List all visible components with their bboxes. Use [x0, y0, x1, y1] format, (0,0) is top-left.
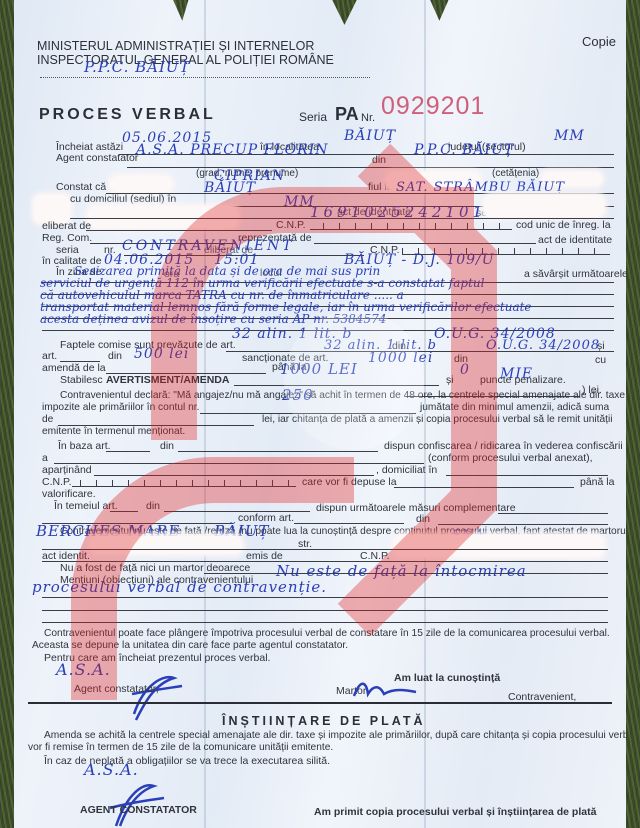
domiciled-label: , domiciliat în [376, 464, 437, 476]
payment-text-1: Amenda se achită la centrele special ame… [44, 730, 636, 741]
issued-by-label: eliberat de [42, 220, 91, 232]
description-line-5: acesta deținea avizul de însoțire cu ser… [40, 312, 386, 326]
a-label: a [42, 452, 48, 464]
committed-label: a săvârșit următoarele: [524, 268, 631, 280]
series-value: PA [335, 104, 359, 125]
declaration-text-3b: lei, iar chitanța de plată a amenzii și … [262, 414, 613, 425]
complementary-din2: din [416, 513, 430, 525]
declaration-text-2b: jumătate din minimul amenzii, adică suma [420, 402, 609, 413]
redacted-street [88, 206, 238, 228]
number-label: Nr. [361, 112, 375, 124]
points-value: 0 [460, 362, 470, 378]
unit-handwritten: P.P.C. BĂIUȚ [84, 58, 191, 76]
annex-label: (conform procesului verbal anexat), [428, 452, 593, 464]
redacted-id-nr [484, 195, 604, 217]
no-witness-line [204, 573, 608, 574]
citizenship-hint: (cetățenia) [492, 168, 539, 179]
conform-line [294, 523, 404, 524]
copy-label: Copie [582, 34, 616, 49]
declaration-text-4: emitente în termenul menționat. [42, 426, 185, 437]
agent-label: Agent constatator, [74, 683, 159, 695]
confiscation-cnp-label: C.N.P. [42, 476, 72, 488]
agent-initials: A.S.A. [56, 660, 111, 679]
establish-line [234, 385, 439, 386]
objections-line [42, 610, 608, 611]
ground-line [110, 511, 138, 512]
with-label: cu [595, 354, 606, 366]
complaint-text-2: Aceasta se depune la unitatea din care f… [32, 640, 348, 651]
agent-label: Agent constatator [56, 152, 138, 164]
redacted-witness-address [90, 536, 242, 554]
ministry-name: MINISTERUL ADMINISTRAȚIEI ȘI INTERNELOR [37, 39, 314, 53]
establish-words: MIE [500, 366, 533, 382]
declaration-text-2a: impozite ale primăriilor în contul nr. [42, 402, 199, 413]
redacted-surname [110, 176, 172, 192]
confiscation-cnp-boxes [72, 476, 296, 487]
proces-verbal-document: MINISTERUL ADMINISTRAȚIEI ȘI INTERNELOR … [14, 0, 626, 828]
objections-value-2: procesului verbal de contravenție. [32, 578, 327, 596]
domicile-label: cu domiciliul (sediul) în [70, 193, 176, 205]
county-value: MM [554, 128, 585, 144]
objections-line [42, 622, 608, 623]
and-label: și [597, 340, 605, 352]
payment-notice-title: ÎNȘTIINȚARE DE PLATĂ [222, 714, 426, 728]
declaration-text-1: Contravenientul declară: "Mă angajez/nu … [60, 390, 635, 401]
payment-text-2: vor fi remise în termen de 15 zile de la… [28, 742, 333, 753]
complementary-din: din [146, 500, 160, 512]
witness-signature [350, 676, 420, 704]
complementary-din2-line [438, 524, 608, 525]
domicile-value: BĂIUȚ [204, 180, 256, 196]
belonging-label: aparținând [42, 464, 92, 476]
payment-agent-label: AGENT CONSTATATOR [80, 804, 197, 816]
half-amount: 250 [282, 386, 314, 404]
locality-value: BĂIUȚ [344, 128, 396, 144]
complaint-text-1: Contravenientul poate face plângere împo… [44, 628, 610, 639]
sanctioned-law: O.U.G. 34/2008 [486, 338, 600, 353]
declaration-text-3a: de [42, 414, 53, 425]
section-divider [28, 702, 612, 704]
reg-code-label: cod unic de înreg. la [516, 219, 611, 231]
cnp-label: C.N.P. [276, 219, 306, 231]
measures-line [498, 513, 608, 514]
establish-value: 1000 LEI [280, 360, 358, 378]
witness-line [42, 549, 608, 550]
found-label: Constat că [56, 181, 106, 193]
issued-by-line [86, 230, 272, 231]
art-label: art. [42, 350, 57, 362]
fine-to-value: 1000 lei [368, 350, 433, 366]
establish-label: Stabilesc [60, 374, 103, 386]
fine-from-label: amendă de la [42, 362, 106, 374]
unit-dotted-line [40, 77, 370, 78]
fine-from-value: 500 lei [134, 346, 189, 362]
din-label: din [108, 350, 122, 362]
objections-line [42, 597, 608, 598]
cnp-boxes [310, 219, 512, 230]
confiscation-din-line [178, 451, 378, 452]
payment-agent-signature [96, 770, 166, 828]
agent-value: A.S.A. PRECUP FLORIN [136, 142, 328, 158]
deposited-label: care vor fi depuse la [302, 476, 397, 488]
village-value: SAT. STRÂMBU BĂIUȚ [396, 180, 565, 195]
series-label: Seria [299, 110, 327, 124]
document-title: PROCES VERBAL [39, 106, 216, 124]
confiscation-din: din [160, 440, 174, 452]
valorize-label: valorificare. [42, 488, 96, 500]
ground-label: În temeiul art. [54, 500, 118, 512]
serial-number: 0929201 [381, 92, 485, 121]
deposited-line [394, 487, 574, 488]
agent-from-value: P.P.C. BĂIUȚ [414, 142, 514, 158]
order-label: dispun confiscarea / ridicarea în vedere… [384, 440, 623, 452]
redacted-witness-id [394, 535, 604, 557]
redacted-domicile-prefix [34, 195, 70, 223]
agent-from-label: din [372, 154, 386, 166]
a-line [54, 463, 424, 464]
until-label: până la [580, 476, 614, 488]
reg-com-label: Reg. Com. [42, 232, 92, 244]
based-label: În baza art. [58, 440, 111, 452]
establish-bold: AVERTISMENT/AMENDA [106, 374, 229, 386]
received-label: Am primit copia procesului verbal și înș… [314, 806, 596, 818]
based-line [106, 451, 150, 452]
points-and: și [446, 374, 454, 386]
